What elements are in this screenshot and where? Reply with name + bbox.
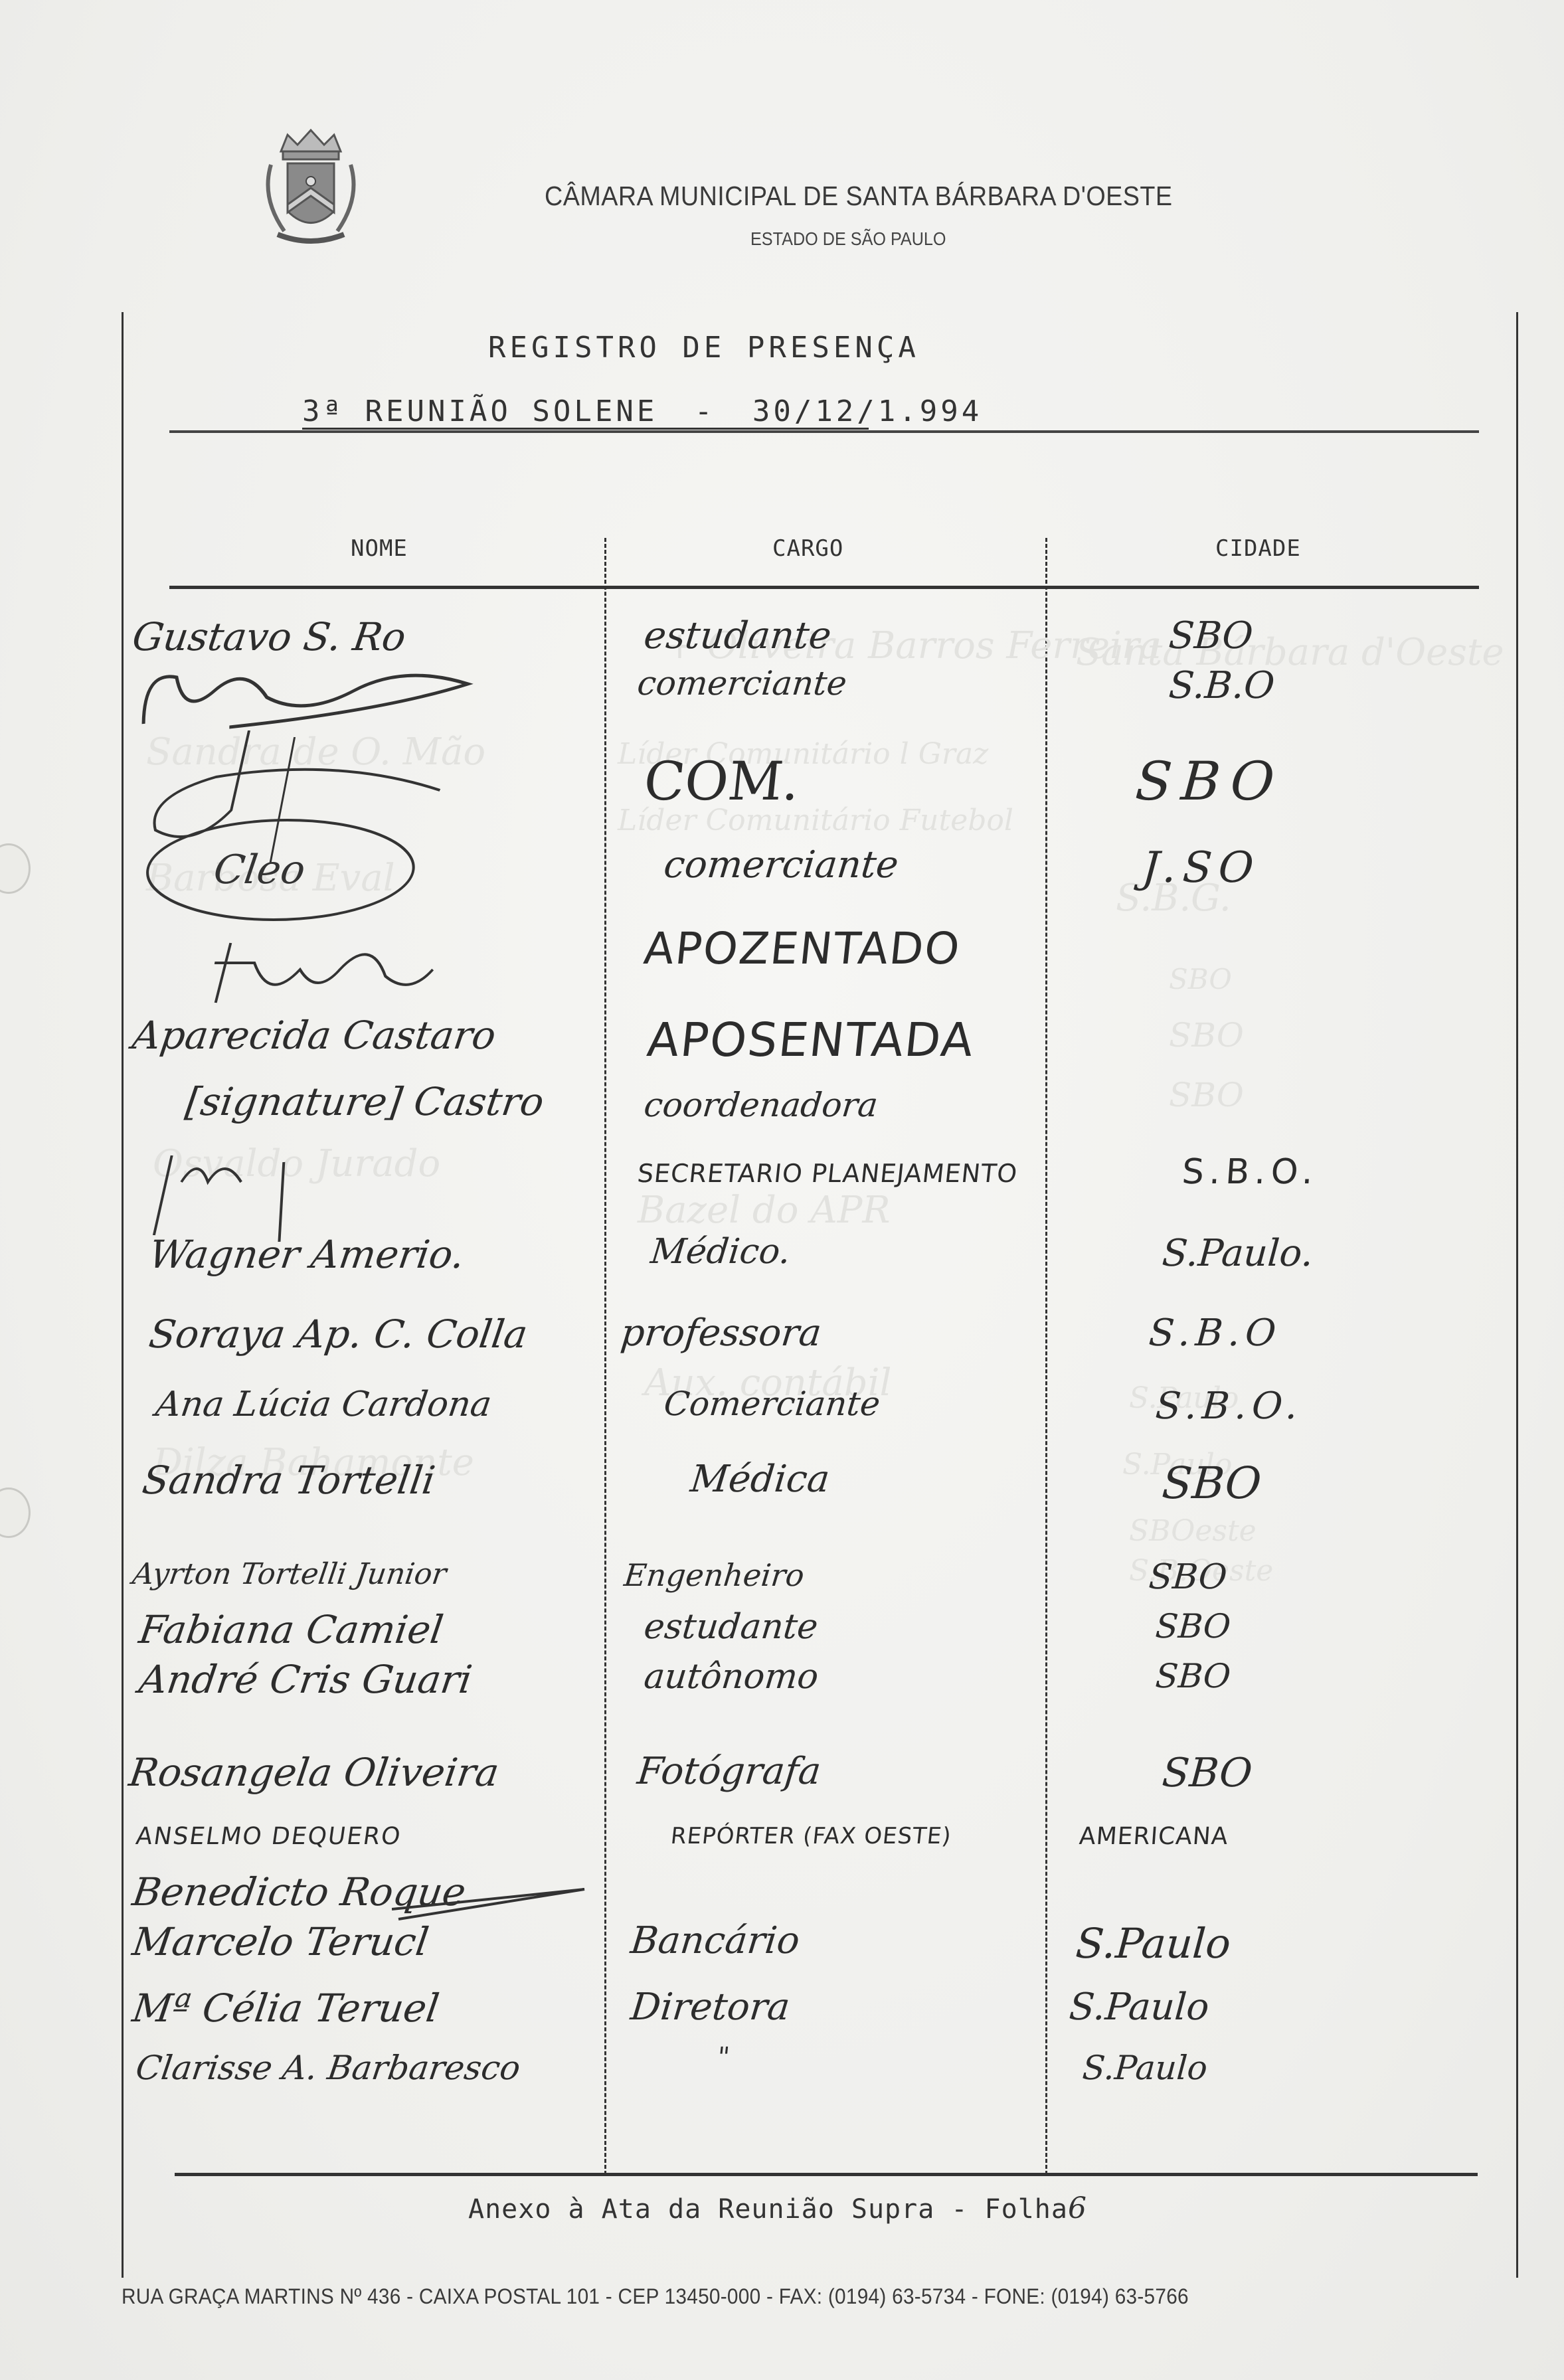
cell-cidade: S.B.O [1168, 664, 1276, 707]
cell-cargo: estudante [642, 1607, 820, 1647]
cell-nome: Gustavo S. Ro [130, 614, 408, 659]
table-row: Sandra Tortelli Médica SBO [0, 1458, 1564, 1517]
table-row: Mª Célia Teruel Diretora S.Paulo [0, 1986, 1564, 2045]
cell-cidade: SBO [1160, 1458, 1262, 1509]
cell-cidade: S.B.O. [1154, 1385, 1304, 1428]
cell-nome: Soraya Ap. C. Colla [146, 1312, 530, 1357]
cell-cargo: COM. [641, 750, 803, 812]
title-rule [169, 430, 1479, 433]
table-row: Rosangela Oliveira Fotógrafa SBO [0, 1750, 1564, 1810]
cell-cargo: " [716, 2042, 731, 2073]
cell-cidade: S.B.O [1148, 1312, 1283, 1355]
cell-nome: Fabiana Camiel [136, 1607, 446, 1652]
signature-scribble [208, 936, 457, 1009]
session-heading: 3ª REUNIÃO SOLENE - 30/12/1.994 [302, 394, 1365, 428]
cell-nome: Rosangela Oliveira [126, 1750, 501, 1795]
table-row: Soraya Ap. C. Colla professora S.B.O [0, 1312, 1564, 1371]
cell-cargo: Bancário [629, 1919, 802, 1962]
cell-nome: Marcelo Terucl [130, 1919, 432, 1964]
signature-scribble: Cleo [125, 817, 513, 936]
annex-note: Anexo à Ata da Reunião Supra - Folha6 [468, 2191, 1265, 2225]
cell-nome: Aparecida Castaro [130, 1013, 499, 1058]
table-row: COM. SBO [0, 750, 1564, 810]
session-label: 3ª REUNIÃO SOLENE [302, 394, 657, 428]
cell-cargo: coordenadora [642, 1086, 880, 1124]
cell-cidade: SBO [1161, 1750, 1254, 1796]
cell-cargo: comerciante [662, 843, 901, 887]
table-row: Aparecida Castaro APOSENTADA [0, 1013, 1564, 1072]
cell-cargo: professora [619, 1312, 824, 1355]
institution-name: CÂMARA MUNICIPAL DE SANTA BÁRBARA D'OEST… [545, 181, 1217, 212]
document-title: REGISTRO DE PRESENÇA [488, 331, 1152, 365]
cell-cidade: S.Paulo [1068, 1986, 1211, 2029]
cell-cidade: SBO [1134, 750, 1286, 812]
signature-scribble [146, 1142, 359, 1242]
frame-border-right [1516, 312, 1518, 2278]
table-bottom-rule [175, 2173, 1478, 2176]
cell-cargo: Médica [689, 1458, 832, 1501]
table-row: Wagner Amerio. Médico. S.Paulo. [0, 1232, 1564, 1292]
table-row: Ana Lúcia Cardona Comerciante S.B.O. [0, 1385, 1564, 1444]
cell-cidade: S.Paulo [1081, 2049, 1209, 2087]
cell-cargo: Engenheiro [622, 1557, 806, 1593]
cell-cargo: autônomo [642, 1657, 820, 1697]
table-row: André Cris Guari autônomo SBO [0, 1657, 1564, 1717]
column-header-cidade: CIDADE [1215, 535, 1301, 562]
cell-cargo: Fotógrafa [636, 1750, 824, 1793]
cell-nome: Clarisse A. Barbaresco [133, 2049, 523, 2087]
svg-text:Cleo: Cleo [211, 847, 307, 893]
cell-cidade: SBO [1154, 1657, 1232, 1695]
cell-cidade: AMERICANA [1079, 1823, 1229, 1850]
table-row: APOZENTADO [0, 923, 1564, 983]
cell-cargo: comerciante [636, 664, 849, 703]
cell-cargo: estudante [642, 614, 833, 657]
table-row: [signature] Castro coordenadora [0, 1079, 1564, 1139]
table-row: Cleo comerciante J.SO [0, 843, 1564, 903]
cell-cidade: S.B.O. [1181, 1152, 1320, 1192]
cell-nome: Ana Lúcia Cardona [153, 1385, 494, 1424]
cell-nome: André Cris Guari [136, 1657, 475, 1702]
cell-cidade: SBO [1154, 1607, 1232, 1646]
cell-nome: ANSELMO DEQUERO [134, 1823, 403, 1850]
cell-nome: [signature] Castro [183, 1079, 547, 1124]
annex-text: Anexo à Ata da Reunião Supra - Folha [468, 2194, 1068, 2225]
cell-nome-signature [207, 936, 457, 1019]
cell-cargo: Diretora [629, 1986, 792, 2029]
session-label-underline [302, 428, 869, 430]
frame-border-left [122, 312, 124, 2278]
cell-cargo: APOSENTADA [645, 1013, 978, 1067]
cell-nome: Ayrton Tortelli Junior [130, 1557, 448, 1591]
signature-scribble [128, 664, 483, 737]
cell-cargo: APOZENTADO [642, 923, 963, 974]
cell-nome: Benedicto Roque [130, 1869, 468, 1914]
cell-cargo: SECRETARIO PLANEJAMENTO [636, 1159, 1019, 1188]
header-rule [169, 586, 1479, 589]
column-header-cargo: CARGO [772, 535, 843, 562]
cell-cidade: S.Paulo [1074, 1919, 1232, 1968]
reverse-side-bleed: SBOeste [1129, 1514, 1257, 1548]
footer-address: RUA GRAÇA MARTINS Nº 436 - CAIXA POSTAL … [122, 2284, 1431, 2309]
cell-nome: Mª Célia Teruel [130, 1986, 442, 2031]
table-row: SECRETARIO PLANEJAMENTO S.B.O. [0, 1142, 1564, 1202]
cell-cidade: SBO [1168, 614, 1255, 657]
session-date: 30/12/1.994 [752, 394, 982, 428]
column-header-nome: NOME [351, 535, 408, 562]
cell-cidade: S.Paulo. [1161, 1232, 1315, 1275]
coat-of-arms-icon [258, 125, 364, 251]
separator: - [695, 394, 716, 428]
sheet-number: 6 [1068, 2191, 1087, 2225]
state-name: ESTADO DE SÃO PAULO [750, 228, 1049, 250]
cell-cargo: Médico. [649, 1232, 792, 1272]
table-row: Marcelo Terucl Bancário S.Paulo [0, 1919, 1564, 1979]
table-row: Clarisse A. Barbaresco " S.Paulo [0, 2049, 1564, 2108]
cell-nome: Wagner Amerio. [146, 1232, 468, 1277]
cell-cidade: J.SO [1140, 843, 1262, 892]
table-row: comerciante S.B.O [0, 664, 1564, 724]
cell-nome: Sandra Tortelli [139, 1458, 438, 1503]
cell-cidade: SBO [1148, 1557, 1229, 1597]
cell-cargo: Comerciante [662, 1385, 882, 1423]
cell-cargo: REPÓRTER (FAX OESTE) [669, 1823, 953, 1849]
